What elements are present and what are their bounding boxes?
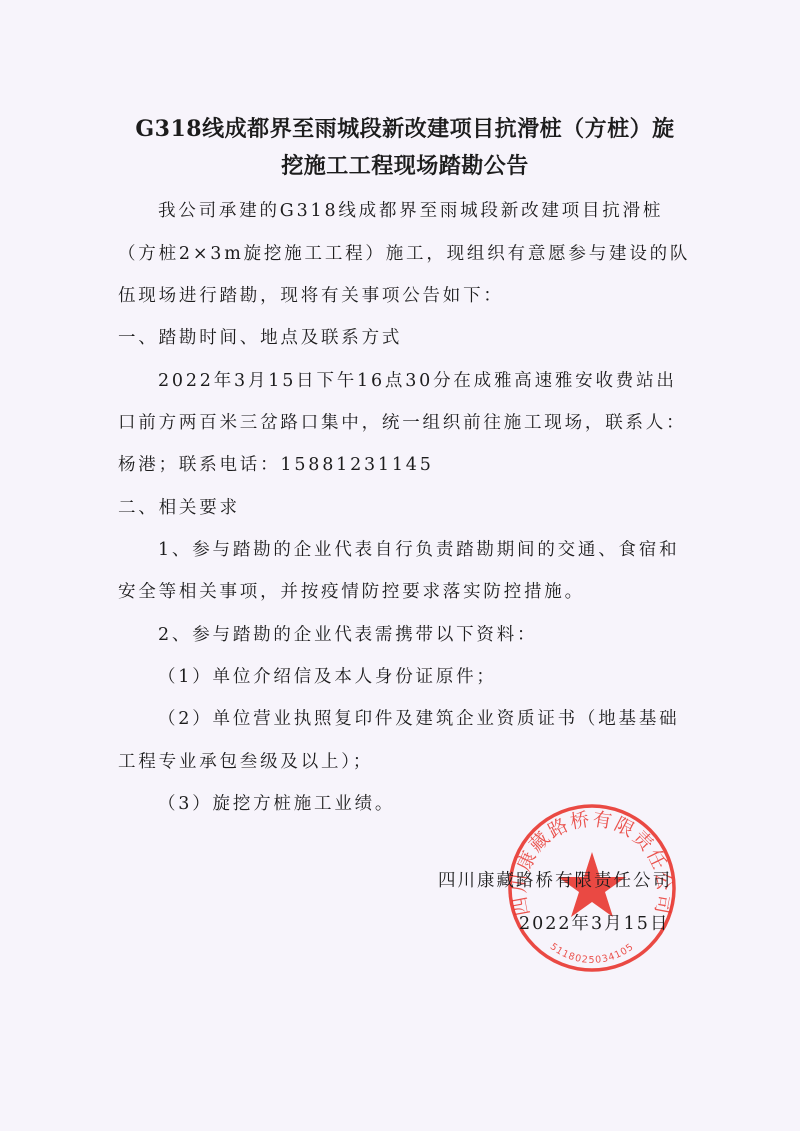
section2-item2: 2、参与踏勘的企业代表需携带以下资料： (158, 627, 728, 645)
section1-line-1: 2022年3月15日下午16点30分在成雅高速雅安收费站出 (158, 373, 688, 391)
intro-line-2: （方桩2×3m旋挖施工工程）施工，现组织有意愿参与建设的队 (118, 246, 688, 264)
section2-item1-line-1: 1、参与踏勘的企业代表自行负责踏勘期间的交通、食宿和 (158, 542, 688, 560)
section2-heading: 二、相关要求 (118, 500, 688, 518)
title-line-2: 挖施工工程现场踏勘公告 (110, 155, 700, 177)
section2-item1-line-2: 安全等相关事项，并按疫情防控要求落实防控措施。 (118, 584, 688, 602)
section1-heading: 一、踏勘时间、地点及联系方式 (118, 330, 688, 348)
intro-line-3: 伍现场进行踏勘，现将有关事项公告如下： (118, 288, 688, 306)
section2-sub2-line-1: （2）单位营业执照复印件及建筑企业资质证书（地基基础 (158, 711, 688, 729)
section1-line-3: 杨港；联系电话：15881231145 (118, 457, 688, 475)
section2-sub1: （1）单位介绍信及本人身份证原件； (158, 669, 728, 687)
section2-sub2-line-2: 工程专业承包叁级及以上）； (118, 754, 688, 772)
intro-line-1: 我公司承建的G318线成都界至雨城段新改建项目抗滑桩 (158, 203, 688, 221)
document-page: G318线成都界至雨城段新改建项目抗滑桩（方桩）旋 挖施工工程现场踏勘公告 我公… (0, 0, 800, 1131)
signature-date: 2022年3月15日 (519, 916, 669, 934)
title-line-1: G318线成都界至雨城段新改建项目抗滑桩（方桩）旋 (110, 118, 700, 140)
signature-company: 四川康藏路桥有限责任公司 (438, 873, 672, 891)
section1-line-2: 口前方两百米三岔路口集中，统一组织前往施工现场，联系人： (118, 415, 688, 433)
